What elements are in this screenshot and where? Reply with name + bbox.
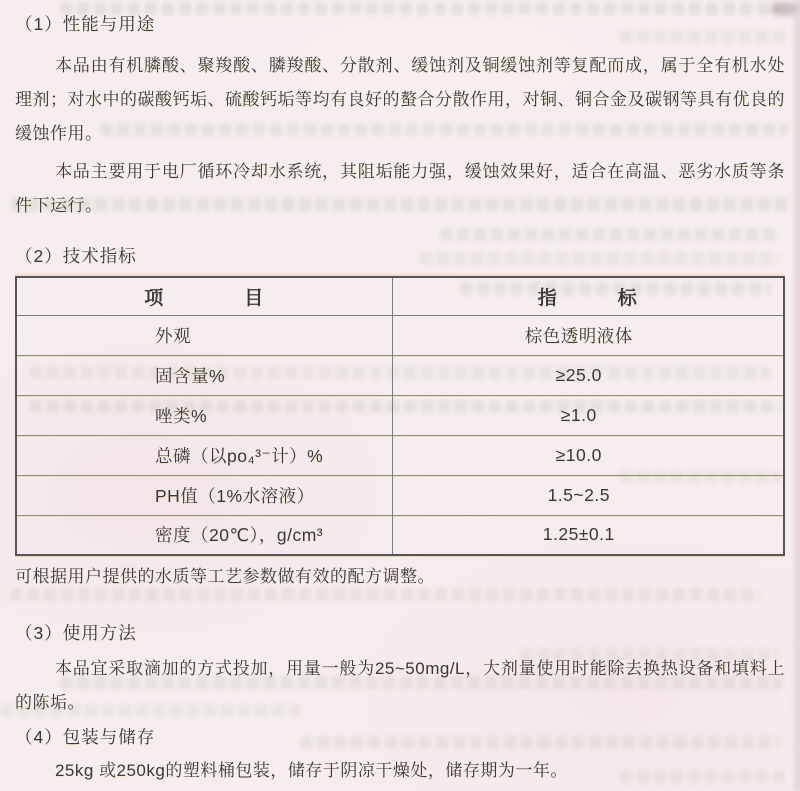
item-cell: 总磷（以po₄³⁻计）% [16,435,392,475]
table-header-row: 项 目 指 标 [16,277,784,315]
item-cell: 密度（20℃），g/cm³ [16,515,392,555]
scanned-document-page: （1）性能与用途 本品由有机膦酸、聚羧酸、膦羧酸、分散剂、缓蚀剂及铜缓蚀剂等复配… [0,0,800,791]
table-row: 唑类% ≥1.0 [16,395,784,435]
section-1-heading: （1）性能与用途 [15,7,785,41]
section-2-heading: （2）技术指标 [15,239,785,273]
table-row: 密度（20℃），g/cm³ 1.25±0.1 [16,515,784,555]
item-cell: 唑类% [16,395,392,435]
section-3-paragraph: 本品宜采取滴加的方式投加，用量一般为25~50mg/L，大剂量使用时能除去换热设… [15,652,785,720]
section-4-paragraph: 25kg 或250kg的塑料桶包装，储存于阴凉干燥处，储存期为一年。 [15,754,785,788]
item-column-header: 项 目 [16,277,392,315]
section-1-paragraph-1: 本品由有机膦酸、聚羧酸、膦羧酸、分散剂、缓蚀剂及铜缓蚀剂等复配而成，属于全有机水… [15,49,785,151]
document-content: （1）性能与用途 本品由有机膦酸、聚羧酸、膦羧酸、分散剂、缓蚀剂及铜缓蚀剂等复配… [0,0,800,788]
table-row: 总磷（以po₄³⁻计）% ≥10.0 [16,435,784,475]
spec-cell: ≥10.0 [392,435,784,475]
spec-column-header: 指 标 [392,277,784,315]
section-1-paragraph-2: 本品主要用于电厂循环冷却水系统，其阻垢能力强，缓蚀效果好，适合在高温、恶劣水质等… [15,155,785,223]
spec-cell: 1.25±0.1 [392,515,784,555]
section-3-heading: （3）使用方法 [15,616,785,650]
technical-spec-table: 项 目 指 标 外观 棕色透明液体 固含量% ≥25.0 唑类% ≥1.0 [15,276,785,556]
item-cell: PH值（1%水溶液） [16,475,392,515]
spec-cell: 棕色透明液体 [392,315,784,355]
table-note: 可根据用户提供的水质等工艺参数做有效的配方调整。 [15,560,785,594]
section-4-heading: （4）包装与储存 [15,720,785,754]
spec-cell: ≥25.0 [392,355,784,395]
table-row: 固含量% ≥25.0 [16,355,784,395]
spec-cell: 1.5~2.5 [392,475,784,515]
item-cell: 外观 [16,315,392,355]
spec-cell: ≥1.0 [392,395,784,435]
table-row: PH值（1%水溶液） 1.5~2.5 [16,475,784,515]
item-cell: 固含量% [16,355,392,395]
table-row: 外观 棕色透明液体 [16,315,784,355]
